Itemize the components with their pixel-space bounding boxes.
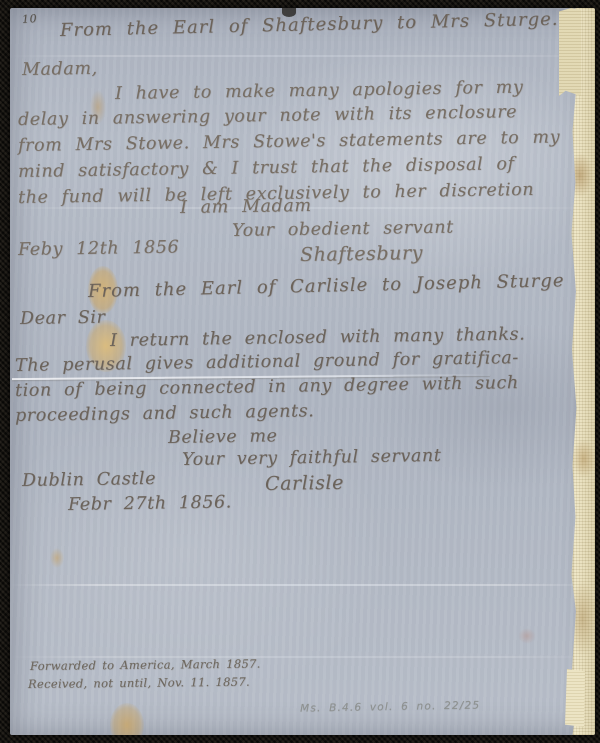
letter2-body-line: I return the enclosed with many thanks. [110,324,526,351]
stain [50,548,64,568]
binding-tape [570,8,595,735]
fold-crease [10,55,595,57]
letter1-signature: Shaftesbury [300,242,423,266]
letter1-closing: I am Madam [180,196,312,218]
letter2-closing: Believe me [168,426,278,448]
letter1-salutation: Madam, [22,59,98,80]
letter-sheet: 10 From the Earl of Shaftesbury to Mrs S… [10,8,595,735]
binding-tape-bottom-fragment [565,669,585,727]
letter1-date: Feby 12th 1856 [18,237,180,260]
letter1-closing: Your obedient servant [232,218,454,241]
stain [110,703,144,735]
letter1-heading: From the Earl of Shaftesbury to Mrs Stur… [60,9,559,41]
ink-mark [282,8,296,17]
letter1-body-line: from Mrs Stowe. Mrs Stowe's statements a… [18,127,560,156]
stain [518,628,536,644]
catalog-number: Ms. B.4.6 vol. 6 no. 22/25 [300,699,480,714]
letter2-closing: Your very faithful servant [182,446,442,470]
letter2-body-line: proceedings and such agents. [15,401,315,426]
letter2-heading: From the Earl of Carlisle to Joseph Stur… [88,270,565,302]
fold-crease [10,584,595,586]
forwarding-note-line1: Forwarded to America, March 1857. [30,657,261,673]
letter2-salutation: Dear Sir [20,308,106,329]
letter1-body-line: I have to make many apologies for my [115,78,524,104]
forwarding-note-line2: Received, not until, Nov. 11. 1857. [28,675,250,691]
page-number: 10 [22,12,38,26]
letter2-signature: Carlisle [265,472,344,495]
binding-tape-top-fragment [559,8,581,96]
scan-background: 10 From the Earl of Shaftesbury to Mrs S… [0,0,600,743]
letter2-date: Febr 27th 1856. [68,492,232,515]
letter2-place: Dublin Castle [22,469,156,491]
letter1-body-line: mind satisfactory & I trust that the dis… [18,154,515,182]
